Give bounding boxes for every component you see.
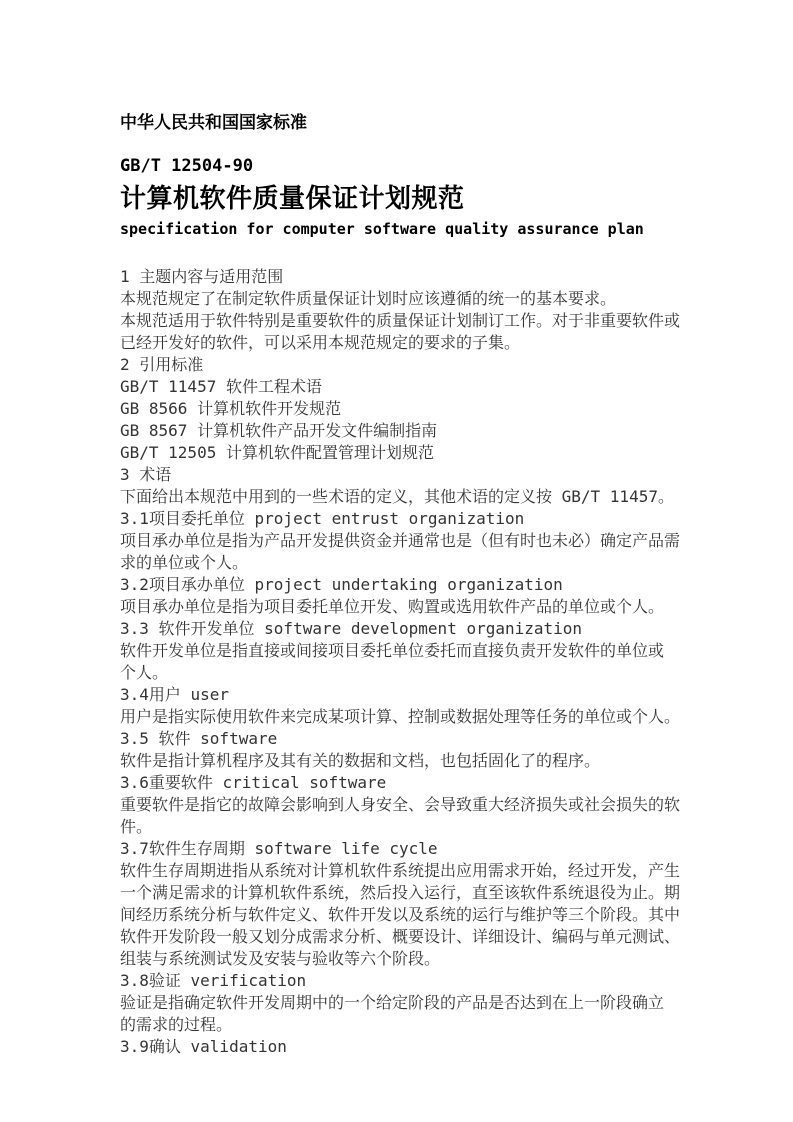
section-heading: 1 主题内容与适用范围 xyxy=(120,266,686,288)
document-title-en: specification for computer software qual… xyxy=(120,221,686,237)
term-heading: 3.2项目承办单位 project undertaking organizati… xyxy=(120,574,686,596)
body-line: 已经开发好的软件，可以采用本规范规定的要求的子集。 xyxy=(120,332,686,354)
body-line: 验证是指确定软件开发周期中的一个给定阶段的产品是否达到在上一阶段确立 xyxy=(120,992,686,1014)
body-line: 本规范适用于软件特别是重要软件的质量保证计划制订工作。对于非重要软件或 xyxy=(120,310,686,332)
body-line: GB/T 12505 计算机软件配置管理计划规范 xyxy=(120,442,686,464)
body-line: 软件开发单位是指直接或间接项目委托单位委托而直接负责开发软件的单位或 xyxy=(120,640,686,662)
section-heading: 2 引用标准 xyxy=(120,354,686,376)
standard-code: GB/T 12504-90 xyxy=(120,158,686,175)
body-line: 间经历系统分析与软件定义、软件开发以及系统的运行与维护等三个阶段。其中 xyxy=(120,904,686,926)
body-line: 软件是指计算机程序及其有关的数据和文档，也包括固化了的程序。 xyxy=(120,750,686,772)
term-heading: 3.8验证 verification xyxy=(120,970,686,992)
term-heading: 3.6重要软件 critical software xyxy=(120,772,686,794)
body-line: 用户是指实际使用软件来完成某项计算、控制或数据处理等任务的单位或个人。 xyxy=(120,706,686,728)
body-line: 本规范规定了在制定软件质量保证计划时应该遵循的统一的基本要求。 xyxy=(120,288,686,310)
body-line: 求的单位或个人。 xyxy=(120,552,686,574)
term-heading: 3.4用户 user xyxy=(120,684,686,706)
body-line: 下面给出本规范中用到的一些术语的定义，其他术语的定义按 GB/T 11457。 xyxy=(120,486,686,508)
term-heading: 3.9确认 validation xyxy=(120,1036,686,1058)
term-heading: 3.5 软件 software xyxy=(120,728,686,750)
body-line: 个人。 xyxy=(120,662,686,684)
document-page: 中华人民共和国国家标准 GB/T 12504-90 计算机软件质量保证计划规范 … xyxy=(0,0,793,1122)
document-content: 中华人民共和国国家标准 GB/T 12504-90 计算机软件质量保证计划规范 … xyxy=(120,115,686,1058)
body-line: GB 8567 计算机软件产品开发文件编制指南 xyxy=(120,420,686,442)
body-line: 件。 xyxy=(120,816,686,838)
body-line: 组装与系统测试发及安装与验收等六个阶段。 xyxy=(120,948,686,970)
body-line: 一个满足需求的计算机软件系统，然后投入运行，直至该软件系统退役为止。期 xyxy=(120,882,686,904)
body-line: 的需求的过程。 xyxy=(120,1014,686,1036)
term-heading: 3.1项目委托单位 project entrust organization xyxy=(120,508,686,530)
document-body: 1 主题内容与适用范围 本规范规定了在制定软件质量保证计划时应该遵循的统一的基本… xyxy=(120,266,686,1058)
body-line: GB/T 11457 软件工程术语 xyxy=(120,376,686,398)
body-line: 软件生存周期进指从系统对计算机软件系统提出应用需求开始，经过开发，产生 xyxy=(120,860,686,882)
body-line: 项目承办单位是指为项目委托单位开发、购置或选用软件产品的单位或个人。 xyxy=(120,596,686,618)
standard-type-heading: 中华人民共和国国家标准 xyxy=(120,115,686,132)
document-title-zh: 计算机软件质量保证计划规范 xyxy=(120,185,686,213)
body-line: 项目承办单位是指为产品开发提供资金并通常也是（但有时也未必）确定产品需 xyxy=(120,530,686,552)
body-line: GB 8566 计算机软件开发规范 xyxy=(120,398,686,420)
body-line: 重要软件是指它的故障会影响到人身安全、会导致重大经济损失或社会损失的软 xyxy=(120,794,686,816)
term-heading: 3.7软件生存周期 software life cycle xyxy=(120,838,686,860)
body-line: 软件开发阶段一般又划分成需求分析、概要设计、详细设计、编码与单元测试、 xyxy=(120,926,686,948)
term-heading: 3.3 软件开发单位 software development organiza… xyxy=(120,618,686,640)
section-heading: 3 术语 xyxy=(120,464,686,486)
